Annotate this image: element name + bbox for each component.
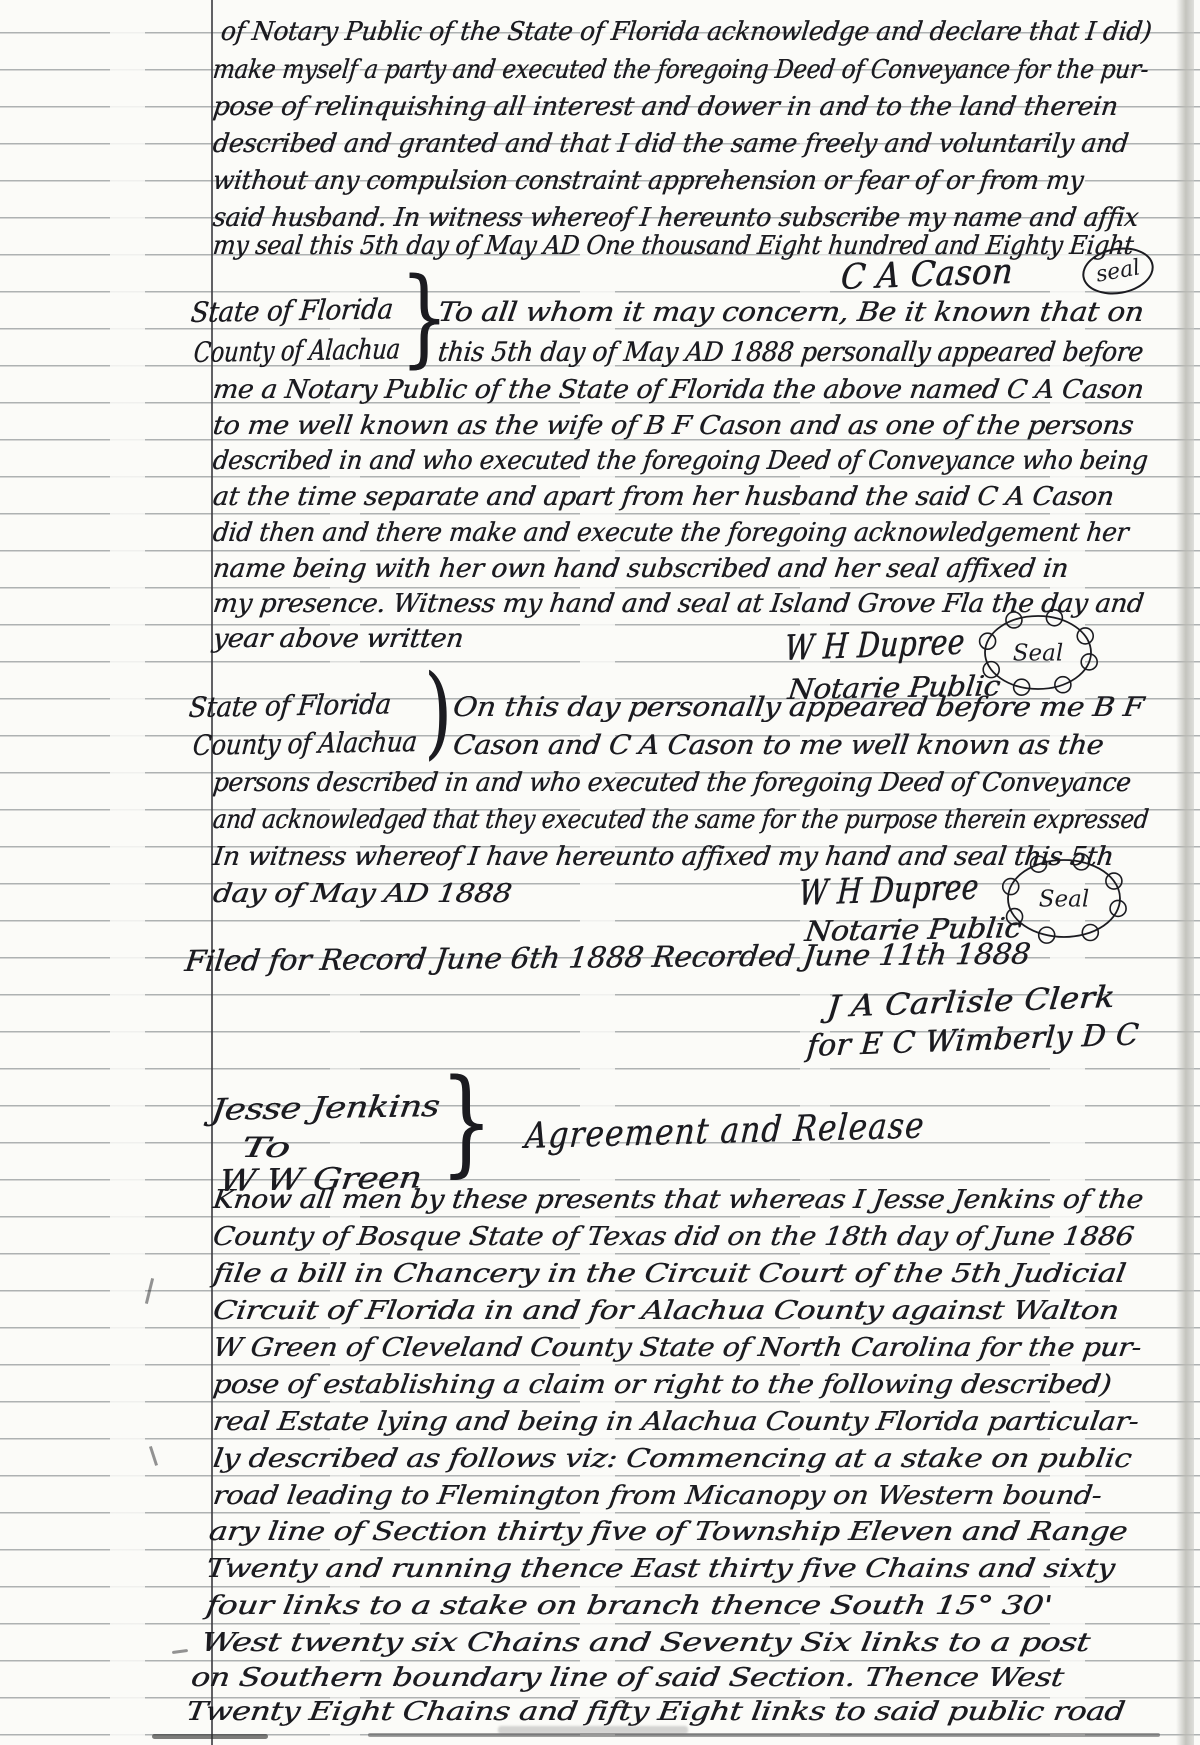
handwritten-line: did then and there make and execute the … (211, 520, 1129, 546)
handwritten-line: without any compulsion constraint appreh… (211, 168, 1084, 194)
handwritten-line: this 5th day of May AD 1888 personally a… (436, 339, 1144, 366)
venue-county: County of Alachua (193, 335, 401, 367)
handwritten-line: four links to a stake on branch thence S… (204, 1593, 1053, 1619)
stray-ink-mark (172, 1649, 188, 1654)
signature-clerk: J A Carlisle Clerk (825, 983, 1116, 1023)
signature-w-h-dupree: W H Dupree (798, 871, 980, 912)
handwritten-line: Circuit of Florida in and for Alachua Co… (211, 1298, 1120, 1324)
handwritten-line: pose of relinquishing all interest and d… (211, 94, 1119, 120)
handwritten-line: real Estate lying and being in Alachua C… (211, 1409, 1140, 1435)
handwritten-line: Cason and C A Cason to me well known as … (451, 732, 1105, 759)
handwritten-line: On this day personally appeared before m… (451, 694, 1145, 721)
signature-w-h-dupree: W H Dupree (784, 626, 966, 667)
handwritten-line: described in and who executed the forego… (211, 448, 1149, 474)
handwritten-line: to me well known as the wife of B F Caso… (211, 413, 1134, 439)
handwritten-line: Twenty and running thence East thirty fi… (204, 1556, 1116, 1582)
handwritten-line: ly described as follows viz: Commencing … (211, 1446, 1133, 1472)
handwritten-line: road leading to Flemington from Micanopy… (211, 1483, 1103, 1509)
seal-text: Seal (1039, 887, 1089, 913)
seal-text: Seal (1013, 641, 1063, 667)
handwritten-line: year above written (211, 626, 464, 652)
bottom-ink-smudge (498, 1726, 688, 1734)
handwritten-line: at the time separate and apart from her … (211, 484, 1115, 510)
handwritten-line: persons described in and who executed th… (211, 770, 1132, 796)
bottom-ink-smudge (152, 1734, 268, 1739)
handwritten-line: make myself a party and executed the for… (211, 57, 1149, 83)
right-page-edge-shadow (1176, 0, 1194, 1745)
handwritten-line: me a Notary Public of the State of Flori… (211, 377, 1145, 403)
caption-to: To (239, 1134, 292, 1162)
caption-grantor: Jesse Jenkins (209, 1092, 441, 1126)
caption-brace: } (440, 1070, 493, 1176)
venue-state: State of Florida (187, 690, 392, 722)
venue-brace: ) (424, 666, 452, 758)
handwritten-line: County of Bosque State of Texas did on t… (211, 1224, 1135, 1250)
handwritten-line: and acknowledged that they executed the … (211, 807, 1149, 833)
handwritten-line: of Notary Public of the State of Florida… (219, 19, 1152, 45)
handwritten-line: pose of establishing a claim or right to… (211, 1372, 1112, 1398)
instrument-title: Agreement and Release (523, 1108, 926, 1155)
scanned-deed-record-page: of Notary Public of the State of Florida… (0, 0, 1200, 1745)
seal-text: seal (1094, 255, 1142, 287)
handwritten-line: ary line of Section thirty five of Towns… (207, 1519, 1129, 1545)
left-margin-rule (211, 0, 213, 1745)
handwritten-line: described and granted and that I did the… (211, 131, 1129, 157)
handwritten-line: Know all men by these presents that wher… (211, 1187, 1144, 1213)
filing-statement: Filed for Record June 6th 1888 Recorded … (183, 940, 1031, 976)
handwritten-line: W Green of Cleveland County State of Nor… (211, 1335, 1142, 1361)
handwritten-line: To all whom it may concern, Be it known … (436, 299, 1145, 326)
bottom-ink-smudge (368, 1733, 1160, 1737)
venue-state: State of Florida (189, 295, 394, 327)
handwritten-line: Twenty Eight Chains and fifty Eight link… (184, 1699, 1126, 1725)
signature-c-a-cason: C A Cason (839, 255, 1014, 296)
handwritten-line: said husband. In witness whereof I hereu… (211, 205, 1139, 231)
handwritten-line: on Southern boundary line of said Sectio… (189, 1665, 1065, 1691)
stray-ink-mark (149, 1446, 158, 1466)
stray-ink-mark (145, 1278, 154, 1304)
handwritten-line: day of May AD 1888 (211, 881, 513, 907)
handwritten-line: file a bill in Chancery in the Circuit C… (211, 1261, 1127, 1287)
venue-county: County of Alachua (191, 728, 417, 760)
signature-deputy-clerk: for E C Wimberly D C (805, 1020, 1139, 1062)
handwritten-line: West twenty six Chains and Seventy Six l… (199, 1630, 1091, 1656)
handwritten-line: In witness whereof I have hereunto affix… (211, 844, 1114, 870)
handwritten-line: name being with her own hand subscribed … (211, 556, 1069, 582)
